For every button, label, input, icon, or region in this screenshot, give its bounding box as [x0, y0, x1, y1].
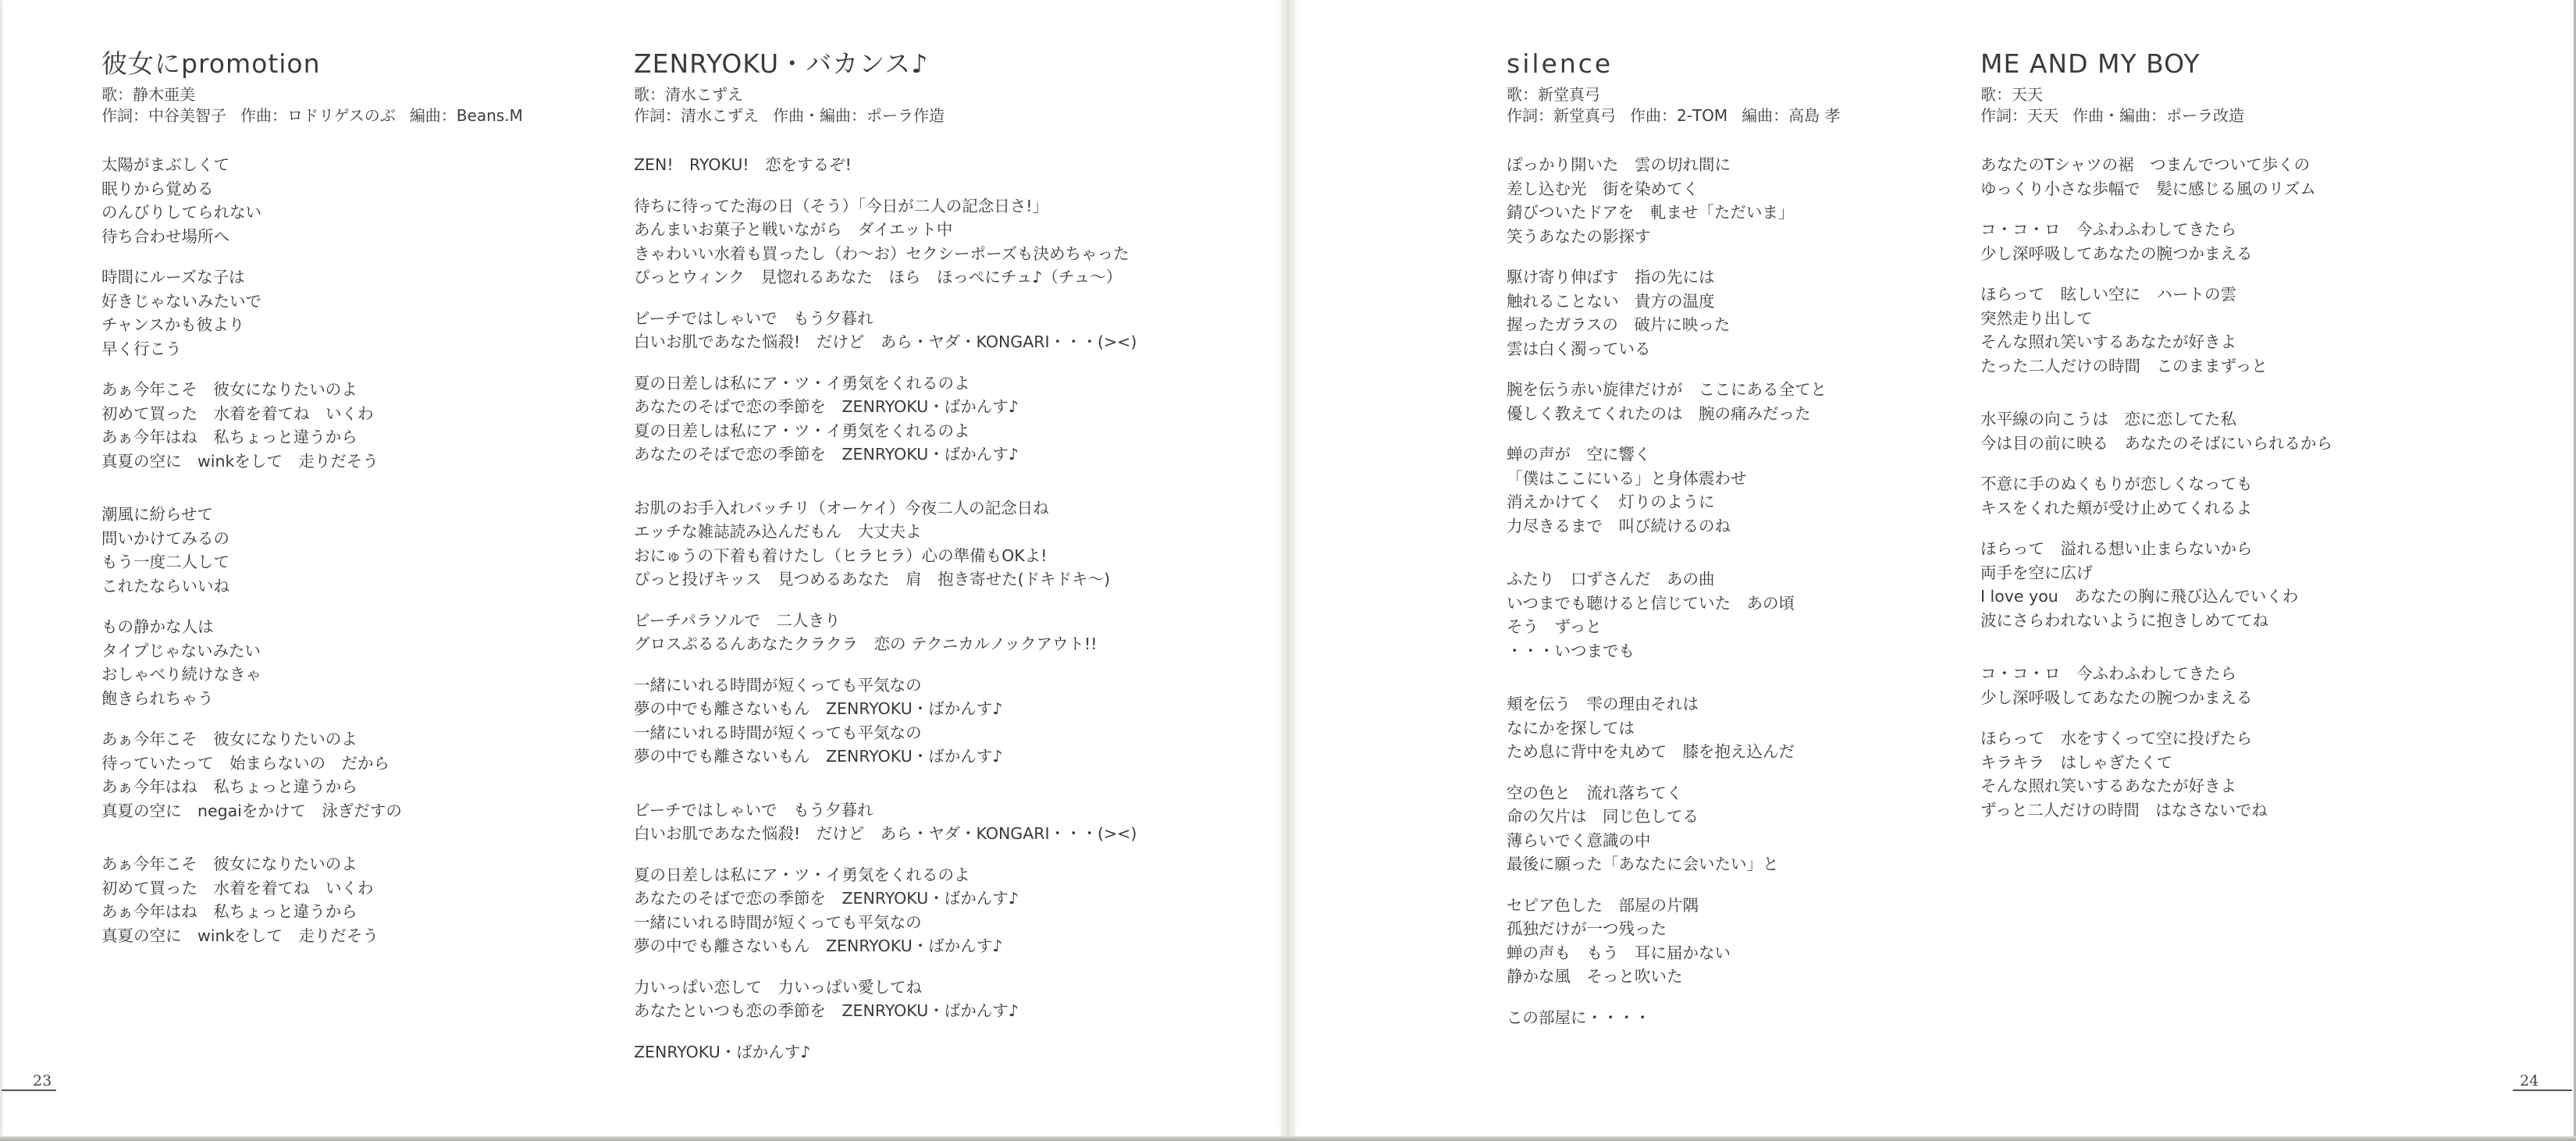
- lyric-line: おにゅうの下着も着けたし（ヒラヒラ）心の準備もOKよ!: [634, 544, 1137, 568]
- lyric-line: 眠りから覚める: [101, 177, 523, 201]
- lyric-line: 時間にルーズな子は: [101, 265, 523, 290]
- lyric-line: ビーチパラソルで 二人きり: [634, 609, 1137, 633]
- lyric-line: 太陽がまぶしくて: [101, 153, 523, 177]
- lyric-line: 初めて買った 水着を着てね いくわ: [101, 876, 523, 901]
- lyric-line: 両手を空に広げ: [1980, 561, 2332, 585]
- lyric-line: 夢の中でも離さないもん ZENRYOKU・ばかんす♪: [634, 934, 1137, 958]
- lyric-stanza: ほらって 眩しい空に ハートの雲突然走り出してそんな照れ笑いするあなたが好きよた…: [1980, 283, 2332, 378]
- lyric-line: 待っていたって 始まらないの だから: [101, 752, 523, 776]
- lyric-line: 夏の日差しは私にア・ツ・イ勇気をくれるのよ: [634, 419, 1137, 443]
- lyric-line: キラキラ はしゃぎたくて: [1980, 751, 2332, 775]
- lyricist-credit: 作詞：新堂真弓: [1507, 106, 1616, 125]
- composer-credit: 作曲：ロドリゲスのぶ: [240, 106, 396, 125]
- lyric-stanza: あなたのTシャツの裾 つまんでついて歩くのゆっくり小さな歩幅で 髪に感じる風のリ…: [1980, 153, 2332, 201]
- lyric-line: 優しく教えてくれたのは 腕の痛みだった: [1507, 402, 1841, 426]
- lyric-line: たった二人だけの時間 このままずっと: [1980, 354, 2332, 379]
- lyric-stanza: あぁ今年こそ 彼女になりたいのよ初めて買った 水着を着てね いくわあぁ今年はね …: [101, 378, 523, 473]
- lyric-line: あぁ今年こそ 彼女になりたいのよ: [101, 852, 523, 876]
- lyric-line: セピア色した 部屋の片隅: [1507, 894, 1841, 918]
- lyric-line: 蝉の声が 空に響く: [1507, 443, 1841, 467]
- lyric-line: 孤独だけが一つ残った: [1507, 917, 1841, 941]
- lyric-line: ビーチではしゃいで もう夕暮れ: [634, 798, 1137, 823]
- lyric-line: あなたといつも恋の季節を ZENRYOKU・ばかんす♪: [634, 999, 1137, 1023]
- lyric-line: この部屋に・・・・: [1507, 1006, 1841, 1030]
- lyric-line: 好きじゃないみたいで: [101, 290, 523, 314]
- lyricist-credit: 作詞：清水こずえ: [634, 106, 759, 125]
- page-number-left: 23: [33, 1072, 52, 1089]
- lyrics: あなたのTシャツの裾 つまんでついて歩くのゆっくり小さな歩幅で 髪に感じる風のリ…: [1980, 153, 2332, 822]
- lyric-line: もの静かな人は: [101, 615, 523, 639]
- lyric-line: 空の色と 流れ落ちてく: [1507, 781, 1841, 805]
- song-credits: 歌：清水こずえ 作詞：清水こずえ作曲・編曲：ポーラ作造: [634, 84, 1137, 126]
- song-zenryoku-vacances: ZENRYOKU・バカンス♪ 歌：清水こずえ 作詞：清水こずえ作曲・編曲：ポーラ…: [634, 47, 1137, 1081]
- lyric-stanza: セピア色した 部屋の片隅孤独だけが一つ残った蝉の声も もう 耳に届かない静かな風…: [1507, 894, 1841, 989]
- lyric-line: 潮風に紛らせて: [101, 503, 523, 527]
- song-me-and-my-boy: ME AND MY BOY 歌：天天 作詞：天天作曲・編曲：ポーラ改造 あなたの…: [1980, 47, 2332, 839]
- lyric-line: 少し深呼吸してあなたの腕つかまえる: [1980, 242, 2332, 266]
- lyric-line: いつまでも聴けると信じていた あの頃: [1507, 592, 1841, 616]
- lyric-stanza: 力いっぱい恋して 力いっぱい愛してねあなたといつも恋の季節を ZENRYOKU・…: [634, 976, 1137, 1023]
- lyric-line: 待ち合わせ場所へ: [101, 225, 523, 249]
- lyric-line: 水平線の向こうは 恋に恋してた私: [1980, 407, 2332, 432]
- lyric-line: 一緒にいれる時間が短くっても平気なの: [634, 911, 1137, 935]
- right-page: [1290, 0, 2576, 1141]
- lyric-line: 少し深呼吸してあなたの腕つかまえる: [1980, 686, 2332, 710]
- lyric-stanza: ビーチではしゃいで もう夕暮れ白いお肌であなた悩殺! だけど あら・ヤダ・KON…: [634, 798, 1137, 846]
- lyric-line: そう ずっと: [1507, 615, 1841, 639]
- lyric-line: ビーチではしゃいで もう夕暮れ: [634, 307, 1137, 331]
- lyric-line: キスをくれた頬が受け止めてくれるよ: [1980, 496, 2332, 521]
- lyric-line: コ・コ・ロ 今ふわふわしてきたら: [1980, 662, 2332, 686]
- lyric-line: あなたのそばで恋の季節を ZENRYOKU・ばかんす♪: [634, 887, 1137, 911]
- staff-credit: 作詞：清水こずえ作曲・編曲：ポーラ作造: [634, 105, 1137, 126]
- lyric-line: ほらって 眩しい空に ハートの雲: [1980, 283, 2332, 307]
- lyric-line: 不意に手のぬくもりが恋しくなっても: [1980, 472, 2332, 496]
- lyric-line: 白いお肌であなた悩殺! だけど あら・ヤダ・KONGARI・・・(><): [634, 330, 1137, 354]
- song-silence: silence 歌：新堂真弓 作詞：新堂真弓作曲：2-TOM編曲：高島 孝 ぽっ…: [1507, 47, 1841, 1047]
- lyric-line: コ・コ・ロ 今ふわふわしてきたら: [1980, 218, 2332, 242]
- lyric-stanza: 水平線の向こうは 恋に恋してた私今は目の前に映る あなたのそばにいられるから: [1980, 407, 2332, 455]
- lyric-line: あなたのそばで恋の季節を ZENRYOKU・ばかんす♪: [634, 395, 1137, 419]
- lyric-line: 突然走り出して: [1980, 307, 2332, 331]
- composer-arranger-credit: 作曲・編曲：ポーラ作造: [773, 106, 945, 125]
- song-title: ZENRYOKU・バカンス♪: [634, 47, 1137, 81]
- lyric-line: 真夏の空に winkをして 走りだそう: [101, 450, 523, 474]
- lyric-line: 力尽きるまで 叫び続けるのね: [1507, 514, 1841, 539]
- lyric-stanza: ZEN! RYOKU! 恋をするぞ!: [634, 153, 1137, 177]
- lyric-line: もう一度二人して: [101, 550, 523, 574]
- composer-credit: 作曲：2-TOM: [1630, 106, 1727, 125]
- lyric-line: お肌のお手入れバッチリ（オーケイ）今夜二人の記念日ね: [634, 496, 1137, 521]
- composer-arranger-credit: 作曲・編曲：ポーラ改造: [2073, 106, 2244, 125]
- lyric-line: 錆びついたドアを 軋ませ「ただいま」: [1507, 201, 1841, 225]
- arranger-credit: 編曲：Beans.M: [410, 106, 523, 125]
- lyric-line: ZEN! RYOKU! 恋をするぞ!: [634, 153, 1137, 177]
- lyric-line: 一緒にいれる時間が短くっても平気なの: [634, 721, 1137, 745]
- lyric-stanza: コ・コ・ロ 今ふわふわしてきたら少し深呼吸してあなたの腕つかまえる: [1980, 662, 2332, 709]
- booklet-spread: 彼女にpromotion 歌：静木亜美 作詞：中谷美智子作曲：ロドリゲスのぶ編曲…: [0, 0, 2576, 1141]
- lyric-line: ほらって 溢れる想い止まらないから: [1980, 537, 2332, 561]
- lyric-line: 早く行こう: [101, 337, 523, 361]
- lyric-line: グロスぷるるんあなたクラクラ 恋の テクニカルノックアウト!!: [634, 632, 1137, 656]
- vocal-credit: 歌：天天: [1980, 84, 2332, 105]
- lyric-line: ほらって 水をすくって空に投げたら: [1980, 727, 2332, 751]
- lyric-line: ZENRYOKU・ばかんす♪: [634, 1040, 1137, 1065]
- lyrics: ぽっかり開いた 雲の切れ間に差し込む光 街を染めてく錆びついたドアを 軋ませ「た…: [1507, 153, 1841, 1029]
- song-credits: 歌：新堂真弓 作詞：新堂真弓作曲：2-TOM編曲：高島 孝: [1507, 84, 1841, 126]
- lyric-line: ぽっかり開いた 雲の切れ間に: [1507, 153, 1841, 177]
- lyric-line: 消えかけてく 灯りのように: [1507, 490, 1841, 514]
- lyric-line: 駆け寄り伸ばす 指の先には: [1507, 265, 1841, 290]
- lyric-stanza: 太陽がまぶしくて眠りから覚めるのんびりしてられない待ち合わせ場所へ: [101, 153, 523, 248]
- lyric-stanza: あぁ今年こそ 彼女になりたいのよ初めて買った 水着を着てね いくわあぁ今年はね …: [101, 852, 523, 947]
- lyric-line: おしゃべり続けなきゃ: [101, 663, 523, 687]
- staff-credit: 作詞：中谷美智子作曲：ロドリゲスのぶ編曲：Beans.M: [101, 105, 523, 126]
- lyric-line: 静かな風 そっと吹いた: [1507, 965, 1841, 989]
- lyric-line: ずっと二人だけの時間 はなさないでね: [1980, 798, 2332, 823]
- lyricist-credit: 作詞：中谷美智子: [101, 106, 226, 125]
- lyric-line: あなたのTシャツの裾 つまんでついて歩くの: [1980, 153, 2332, 177]
- lyric-stanza: 夏の日差しは私にア・ツ・イ勇気をくれるのよあなたのそばで恋の季節を ZENRYO…: [634, 371, 1137, 467]
- page-edge-bottom: [0, 1136, 2576, 1141]
- lyric-line: 命の欠片は 同じ色してる: [1507, 805, 1841, 829]
- lyric-line: 夏の日差しは私にア・ツ・イ勇気をくれるのよ: [634, 371, 1137, 396]
- lyric-stanza: ふたり 口ずさんだ あの曲いつまでも聴けると信じていた あの頃そう ずっと・・・…: [1507, 567, 1841, 663]
- lyric-line: 握ったガラスの 破片に映った: [1507, 313, 1841, 337]
- song-kanojo-ni-promotion: 彼女にpromotion 歌：静木亜美 作詞：中谷美智子作曲：ロドリゲスのぶ編曲…: [101, 47, 523, 965]
- lyric-stanza: 夏の日差しは私にア・ツ・イ勇気をくれるのよあなたのそばで恋の季節を ZENRYO…: [634, 863, 1137, 958]
- lyric-line: あぁ今年こそ 彼女になりたいのよ: [101, 378, 523, 402]
- page-number-rule-left: [2, 1089, 56, 1091]
- lyric-line: 薄らいでく意識の中: [1507, 829, 1841, 853]
- lyric-line: 頬を伝う 雫の理由それは: [1507, 692, 1841, 716]
- lyric-line: そんな照れ笑いするあなたが好きよ: [1980, 774, 2332, 798]
- lyric-line: 真夏の空に negaiをかけて 泳ぎだすの: [101, 799, 523, 823]
- lyric-stanza: ビーチパラソルで 二人きりグロスぷるるんあなたクラクラ 恋の テクニカルノックア…: [634, 609, 1137, 656]
- lyric-stanza: ぽっかり開いた 雲の切れ間に差し込む光 街を染めてく錆びついたドアを 軋ませ「た…: [1507, 153, 1841, 248]
- lyric-line: きゃわいい水着も買ったし（わ～お）セクシーポーズも決めちゃった: [634, 242, 1137, 266]
- lyric-line: 差し込む光 街を染めてく: [1507, 177, 1841, 201]
- lyric-line: 腕を伝う赤い旋律だけが ここにある全てと: [1507, 378, 1841, 402]
- vocal-credit: 歌：静木亜美: [101, 84, 523, 105]
- lyric-line: ふたり 口ずさんだ あの曲: [1507, 567, 1841, 592]
- lyric-line: あぁ今年こそ 彼女になりたいのよ: [101, 727, 523, 752]
- lyric-line: あんまいお菓子と戦いながら ダイエット中: [634, 218, 1137, 242]
- lyric-stanza: ほらって 水をすくって空に投げたらキラキラ はしゃぎたくてそんな照れ笑いするあな…: [1980, 727, 2332, 822]
- lyric-stanza: ほらって 溢れる想い止まらないから両手を空に広げI love you あなたの胸…: [1980, 537, 2332, 632]
- lyric-line: これたならいいね: [101, 574, 523, 599]
- lyric-line: 笑うあなたの影探す: [1507, 225, 1841, 249]
- lyric-line: あなたのそばで恋の季節を ZENRYOKU・ばかんす♪: [634, 443, 1137, 467]
- page-edge-left: [0, 0, 2, 1141]
- lyric-line: あぁ今年はね 私ちょっと違うから: [101, 425, 523, 450]
- lyric-line: ぴっとウィンク 見惚れるあなた ほら ほっぺにチュ♪（チュ～）: [634, 265, 1137, 290]
- lyric-stanza: ZENRYOKU・ばかんす♪: [634, 1040, 1137, 1065]
- staff-credit: 作詞：天天作曲・編曲：ポーラ改造: [1980, 105, 2332, 126]
- lyric-line: タイプじゃないみたい: [101, 639, 523, 663]
- lyric-line: I love you あなたの胸に飛び込んでいくわ: [1980, 585, 2332, 609]
- song-credits: 歌：静木亜美 作詞：中谷美智子作曲：ロドリゲスのぶ編曲：Beans.M: [101, 84, 523, 126]
- lyric-stanza: 蝉の声が 空に響く「僕はここにいる」と身体震わせ消えかけてく 灯りのように力尽き…: [1507, 443, 1841, 538]
- lyric-stanza: 時間にルーズな子は好きじゃないみたいでチャンスかも彼より早く行こう: [101, 265, 523, 361]
- song-title: silence: [1507, 47, 1841, 81]
- lyric-line: 待ちに待ってた海の日（そう）「今日が二人の記念日さ!」: [634, 194, 1137, 219]
- lyric-stanza: ビーチではしゃいで もう夕暮れ白いお肌であなた悩殺! だけど あら・ヤダ・KON…: [634, 307, 1137, 354]
- lyric-line: チャンスかも彼より: [101, 313, 523, 337]
- lyrics: 太陽がまぶしくて眠りから覚めるのんびりしてられない待ち合わせ場所へ時間にルーズな…: [101, 153, 523, 947]
- lyric-line: 触れることない 貴方の温度: [1507, 290, 1841, 314]
- lyric-stanza: 腕を伝う赤い旋律だけが ここにある全てと優しく教えてくれたのは 腕の痛みだった: [1507, 378, 1841, 425]
- lyric-line: 蝉の声も もう 耳に届かない: [1507, 941, 1841, 965]
- lyric-line: ため息に背中を丸めて 膝を抱え込んだ: [1507, 740, 1841, 764]
- song-title: 彼女にpromotion: [101, 47, 523, 81]
- lyric-line: ゆっくり小さな歩幅で 髪に感じる風のリズム: [1980, 177, 2332, 201]
- lyric-stanza: お肌のお手入れバッチリ（オーケイ）今夜二人の記念日ねエッチな雑誌読み込んだもん …: [634, 496, 1137, 592]
- lyric-stanza: 待ちに待ってた海の日（そう）「今日が二人の記念日さ!」あんまいお菓子と戦いながら…: [634, 194, 1137, 290]
- vocal-credit: 歌：清水こずえ: [634, 84, 1137, 105]
- arranger-credit: 編曲：高島 孝: [1742, 106, 1840, 125]
- lyric-stanza: コ・コ・ロ 今ふわふわしてきたら少し深呼吸してあなたの腕つかまえる: [1980, 218, 2332, 265]
- lyric-stanza: 潮風に紛らせて問いかけてみるのもう一度二人してこれたならいいね: [101, 503, 523, 598]
- lyric-line: 問いかけてみるの: [101, 527, 523, 551]
- lyric-line: 白いお肌であなた悩殺! だけど あら・ヤダ・KONGARI・・・(><): [634, 822, 1137, 846]
- lyrics: ZEN! RYOKU! 恋をするぞ!待ちに待ってた海の日（そう）「今日が二人の記…: [634, 153, 1137, 1064]
- lyric-line: 夏の日差しは私にア・ツ・イ勇気をくれるのよ: [634, 863, 1137, 887]
- lyricist-credit: 作詞：天天: [1980, 106, 2058, 125]
- vocal-credit: 歌：新堂真弓: [1507, 84, 1841, 105]
- lyric-line: ぴっと投げキッス 見つめるあなた 肩 抱き寄せた(ドキドキ～): [634, 567, 1137, 592]
- lyric-line: 初めて買った 水着を着てね いくわ: [101, 402, 523, 426]
- lyric-stanza: 頬を伝う 雫の理由それはなにかを探してはため息に背中を丸めて 膝を抱え込んだ: [1507, 692, 1841, 764]
- lyric-line: 夢の中でも離さないもん ZENRYOKU・ばかんす♪: [634, 745, 1137, 769]
- lyric-line: のんびりしてられない: [101, 201, 523, 225]
- lyric-line: 夢の中でも離さないもん ZENRYOKU・ばかんす♪: [634, 697, 1137, 721]
- page-number-rule-right: [2513, 1089, 2572, 1091]
- lyric-line: 今は目の前に映る あなたのそばにいられるから: [1980, 432, 2332, 456]
- lyric-line: エッチな雑誌読み込んだもん 大丈夫よ: [634, 520, 1137, 544]
- lyric-stanza: この部屋に・・・・: [1507, 1006, 1841, 1030]
- lyric-line: ・・・いつまでも: [1507, 639, 1841, 663]
- lyric-line: 雲は白く濁っている: [1507, 337, 1841, 361]
- song-credits: 歌：天天 作詞：天天作曲・編曲：ポーラ改造: [1980, 84, 2332, 126]
- lyric-stanza: もの静かな人はタイプじゃないみたいおしゃべり続けなきゃ飽きられちゃう: [101, 615, 523, 710]
- page-number-right: 24: [2520, 1072, 2539, 1089]
- lyric-stanza: 駆け寄り伸ばす 指の先には触れることない 貴方の温度握ったガラスの 破片に映った…: [1507, 265, 1841, 361]
- lyric-stanza: 不意に手のぬくもりが恋しくなってもキスをくれた頬が受け止めてくれるよ: [1980, 472, 2332, 520]
- lyric-line: あぁ今年はね 私ちょっと違うから: [101, 900, 523, 924]
- book-spine-gutter: [1280, 0, 1296, 1141]
- lyric-line: 最後に願った「あなたに会いたい」と: [1507, 852, 1841, 876]
- lyric-stanza: 一緒にいれる時間が短くっても平気なの夢の中でも離さないもん ZENRYOKU・ば…: [634, 674, 1137, 769]
- lyric-stanza: 空の色と 流れ落ちてく命の欠片は 同じ色してる薄らいでく意識の中最後に願った「あ…: [1507, 781, 1841, 876]
- lyric-line: なにかを探しては: [1507, 716, 1841, 741]
- lyric-line: 一緒にいれる時間が短くっても平気なの: [634, 674, 1137, 698]
- staff-credit: 作詞：新堂真弓作曲：2-TOM編曲：高島 孝: [1507, 105, 1841, 126]
- lyric-line: 波にさらわれないように抱きしめててね: [1980, 609, 2332, 633]
- lyric-line: あぁ今年はね 私ちょっと違うから: [101, 775, 523, 799]
- lyric-stanza: あぁ今年こそ 彼女になりたいのよ待っていたって 始まらないの だからあぁ今年はね…: [101, 727, 523, 823]
- lyric-line: 飽きられちゃう: [101, 687, 523, 711]
- lyric-line: 力いっぱい恋して 力いっぱい愛してね: [634, 976, 1137, 1000]
- song-title: ME AND MY BOY: [1980, 47, 2332, 81]
- lyric-line: そんな照れ笑いするあなたが好きよ: [1980, 330, 2332, 354]
- lyric-line: 真夏の空に winkをして 走りだそう: [101, 924, 523, 948]
- lyric-line: 「僕はここにいる」と身体震わせ: [1507, 467, 1841, 491]
